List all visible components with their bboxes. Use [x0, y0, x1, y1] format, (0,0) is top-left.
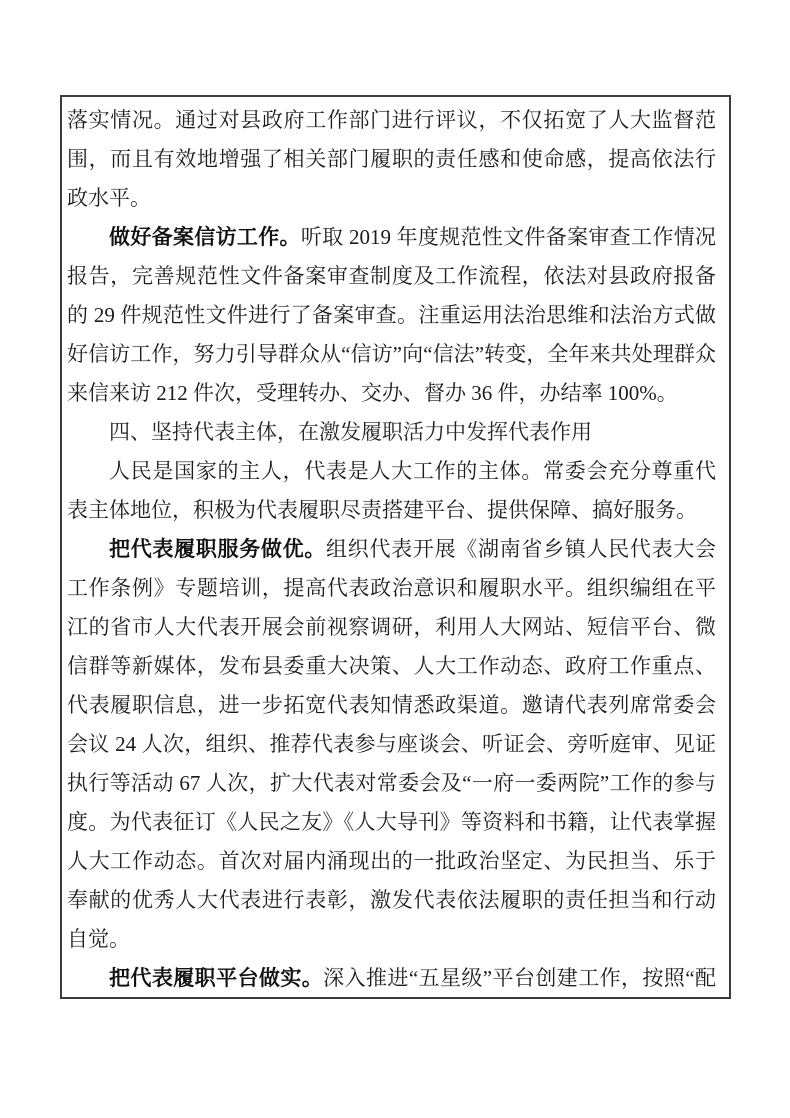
- paragraph: 落实情况。通过对县政府工作部门进行评议，不仅拓宽了人大监督范围，而且有效地增强了…: [67, 101, 716, 218]
- paragraph: 做好备案信访工作。听取 2019 年度规范性文件备案审查工作情况报告，完善规范性…: [67, 218, 716, 413]
- paragraph: 把代表履职平台做实。深入推进“五星级”平台创建工作，按照“配置标准化、保障健全化…: [67, 959, 716, 999]
- paragraph-lead: 把代表履职平台做实。: [109, 966, 323, 990]
- paragraph-lead: 做好备案信访工作。: [109, 225, 301, 249]
- document-body: 落实情况。通过对县政府工作部门进行评议，不仅拓宽了人大监督范围，而且有效地增强了…: [67, 101, 716, 999]
- paragraph: 把代表履职服务做优。组织代表开展《湖南省乡镇人民代表大会工作条例》专题培训，提高…: [67, 530, 716, 959]
- page: { "page": { "background_color": "#ffffff…: [0, 0, 790, 1118]
- paragraph: 人民是国家的主人，代表是人大工作的主体。常委会充分尊重代表主体地位，积极为代表履…: [67, 452, 716, 530]
- page-frame: 落实情况。通过对县政府工作部门进行评议，不仅拓宽了人大监督范围，而且有效地增强了…: [60, 95, 731, 999]
- paragraph-lead: 把代表履职服务做优。: [109, 537, 326, 561]
- section-heading: 四、坚持代表主体，在激发履职活力中发挥代表作用: [67, 413, 716, 452]
